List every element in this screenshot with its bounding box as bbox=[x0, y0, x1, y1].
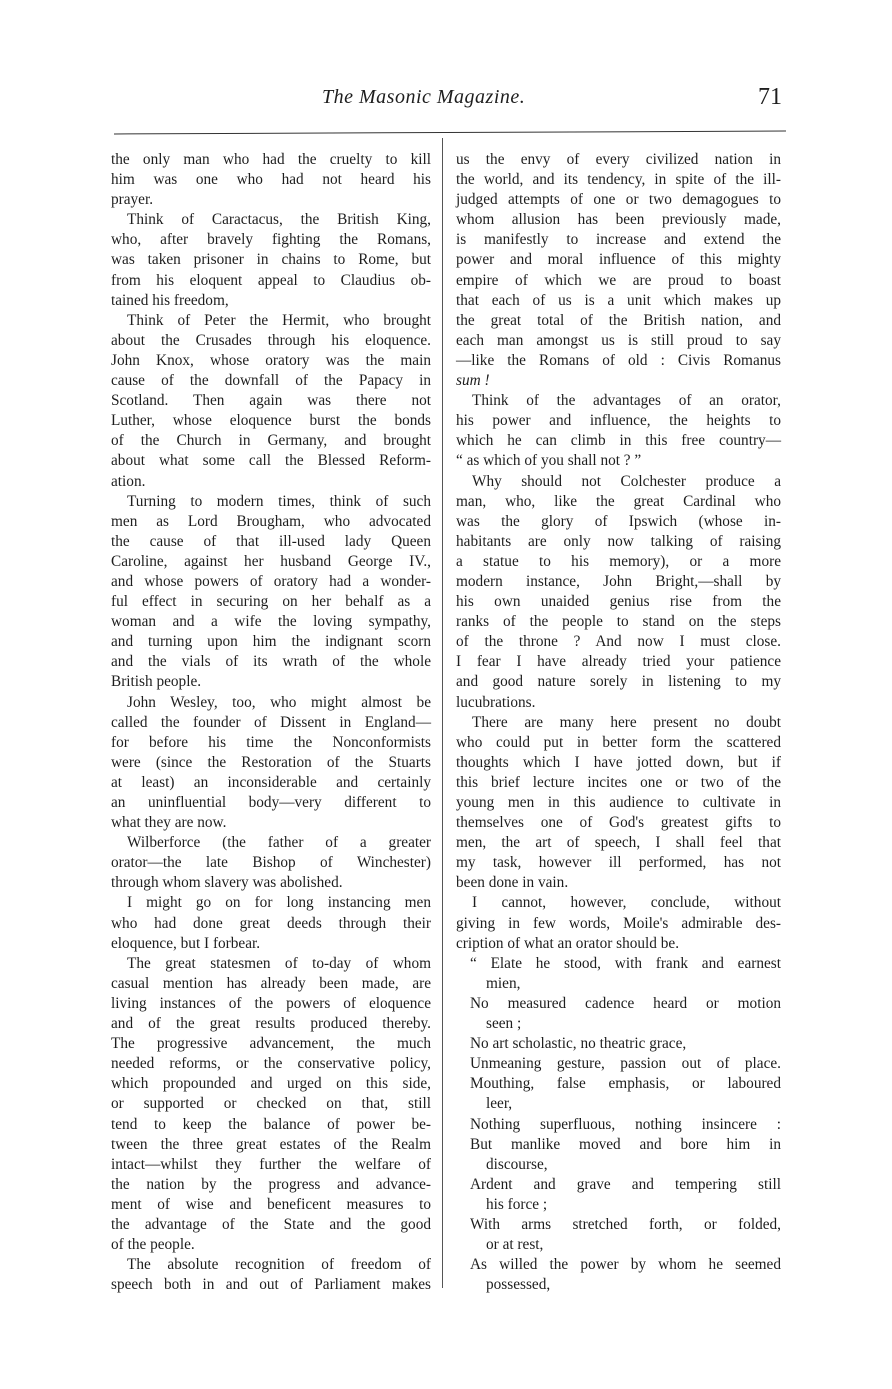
text-line: cause of the downfall of the Papacy in bbox=[111, 371, 431, 391]
text-line: —like the Romans of old : Civis Romanus bbox=[456, 351, 781, 371]
text-line: this brief lecture incites one or two of… bbox=[456, 773, 781, 793]
text-line: living instances of the powers of eloque… bbox=[111, 994, 431, 1014]
text-line: his power and influence, the heights to bbox=[456, 411, 781, 431]
text-line: of the throne ? And now I must close. bbox=[456, 632, 781, 652]
poem-line: Nothing superfluous, nothing insincere : bbox=[456, 1115, 781, 1135]
page-header: The Masonic Magazine. 71 bbox=[0, 86, 892, 116]
text-line: him was one who had not heard his bbox=[111, 170, 431, 190]
poem-line: or at rest, bbox=[456, 1235, 781, 1255]
text-line: his own unaided genius rise from the bbox=[456, 592, 781, 612]
text-line: Why should not Colchester produce a bbox=[456, 472, 781, 492]
text-line: each man amongst us is still proud to sa… bbox=[456, 331, 781, 351]
text-line: the world, and its tendency, in spite of… bbox=[456, 170, 781, 190]
text-line: who had done great deeds through their bbox=[111, 914, 431, 934]
text-line: that each of us is a unit which makes up bbox=[456, 291, 781, 311]
running-title: The Masonic Magazine. bbox=[322, 86, 525, 109]
text-line: tend to keep the balance of power be- bbox=[111, 1115, 431, 1135]
text-line: the great total of the British nation, a… bbox=[456, 311, 781, 331]
text-line: Think of Peter the Hermit, who brought bbox=[111, 311, 431, 331]
text-line: I might go on for long instancing men bbox=[111, 893, 431, 913]
poem-line: But manlike moved and bore him in bbox=[456, 1135, 781, 1155]
text-line: which he can climb in this free country— bbox=[456, 431, 781, 451]
text-line: who could put in better form the scatter… bbox=[456, 733, 781, 753]
text-line: whom allusion has been previously made, bbox=[456, 210, 781, 230]
poem-line: As willed the power by whom he seemed bbox=[456, 1255, 781, 1275]
text-line: who, after bravely fighting the Romans, bbox=[111, 230, 431, 250]
text-line: ment of wise and beneficent measures to bbox=[111, 1195, 431, 1215]
text-line: eloquence, but I forbear. bbox=[111, 934, 431, 954]
text-line: The great statesmen of to-day of whom bbox=[111, 954, 431, 974]
text-line: at least) an inconsiderable and certainl… bbox=[111, 773, 431, 793]
text-line: the nation by the progress and advance- bbox=[111, 1175, 431, 1195]
text-line: intact—whilst they further the welfare o… bbox=[111, 1155, 431, 1175]
text-line: Wilberforce (the father of a greater bbox=[111, 833, 431, 853]
text-line: about the Crusades through his eloquence… bbox=[111, 331, 431, 351]
text-line: and the vials of its wrath of the whole bbox=[111, 652, 431, 672]
right-column: us the envy of every civilized nation in… bbox=[456, 150, 781, 1295]
text-line: and of the great results produced thereb… bbox=[111, 1014, 431, 1034]
text-line: Caroline, against her husband George IV.… bbox=[111, 552, 431, 572]
text-line: prayer. bbox=[111, 190, 431, 210]
text-line: us the envy of every civilized nation in bbox=[456, 150, 781, 170]
text-line: through whom slavery was abolished. bbox=[111, 873, 431, 893]
text-line: which propounded and urged on this side, bbox=[111, 1074, 431, 1094]
text-line: speech both in and out of Parliament mak… bbox=[111, 1275, 431, 1295]
text-line: the only man who had the cruelty to kill bbox=[111, 150, 431, 170]
left-column: the only man who had the cruelty to kill… bbox=[111, 150, 431, 1295]
text-line: There are many here present no doubt bbox=[456, 713, 781, 733]
text-line: man, who, like the great Cardinal who bbox=[456, 492, 781, 512]
poem-line: leer, bbox=[456, 1094, 781, 1114]
poem-line: Unmeaning gesture, passion out of place. bbox=[456, 1054, 781, 1074]
poem-line: discourse, bbox=[456, 1155, 781, 1175]
poem-line: mien, bbox=[456, 974, 781, 994]
poem-line: Ardent and grave and tempering still bbox=[456, 1175, 781, 1195]
text-line: from his eloquent appeal to Claudius ob- bbox=[111, 271, 431, 291]
text-line: judged attempts of one or two demagogues… bbox=[456, 190, 781, 210]
text-line: cription of what an orator should be. bbox=[456, 934, 781, 954]
text-line: a statue to his memory), or a more bbox=[456, 552, 781, 572]
text-line: men as Lord Brougham, who advocated bbox=[111, 512, 431, 532]
text-line: what they are now. bbox=[111, 813, 431, 833]
text-line: Scotland. Then again was there not bbox=[111, 391, 431, 411]
text-line: John Wesley, too, who might almost be bbox=[111, 693, 431, 713]
text-line: an uninfluential body—very different to bbox=[111, 793, 431, 813]
text-line: for before his time the Nonconformists bbox=[111, 733, 431, 753]
text-line: John Knox, whose oratory was the main bbox=[111, 351, 431, 371]
text-line: Think of Caractacus, the British King, bbox=[111, 210, 431, 230]
poem-line: No art scholastic, no theatric grace, bbox=[456, 1034, 781, 1054]
poem-line: With arms stretched forth, or folded, bbox=[456, 1215, 781, 1235]
text-line: power and moral influence of this mighty bbox=[456, 250, 781, 270]
text-line: and good nature sorely in listening to m… bbox=[456, 672, 781, 692]
text-line: called the founder of Dissent in England… bbox=[111, 713, 431, 733]
text-line: tained his freedom, bbox=[111, 291, 431, 311]
text-line: and turning upon him the indignant scorn bbox=[111, 632, 431, 652]
text-line: woman and a wife the loving sympathy, bbox=[111, 612, 431, 632]
poem-line: possessed, bbox=[456, 1275, 781, 1295]
text-line: of the people. bbox=[111, 1235, 431, 1255]
page-number: 71 bbox=[758, 84, 782, 111]
text-line: ful effect in securing on her behalf as … bbox=[111, 592, 431, 612]
text-line: is manifestly to increase and extend the bbox=[456, 230, 781, 250]
text-line: Think of the advantages of an orator, bbox=[456, 391, 781, 411]
text-line: been done in vain. bbox=[456, 873, 781, 893]
text-line: The absolute recognition of freedom of bbox=[111, 1255, 431, 1275]
text-line: about what some call the Blessed Reform- bbox=[111, 451, 431, 471]
text-line: the advantage of the State and the good bbox=[111, 1215, 431, 1235]
text-line: needed reforms, or the conservative poli… bbox=[111, 1054, 431, 1074]
text-line: were (since the Restoration of the Stuar… bbox=[111, 753, 431, 773]
poem-line: his force ; bbox=[456, 1195, 781, 1215]
text-line: was the glory of Ipswich (whose in- bbox=[456, 512, 781, 532]
text-line: modern instance, John Bright,—shall by bbox=[456, 572, 781, 592]
text-line: of the Church in Germany, and brought bbox=[111, 431, 431, 451]
text-line: Luther, whose eloquence burst the bonds bbox=[111, 411, 431, 431]
text-line: themselves one of God's greatest gifts t… bbox=[456, 813, 781, 833]
text-line: I cannot, however, conclude, without bbox=[456, 893, 781, 913]
header-rule bbox=[114, 131, 786, 135]
poem-line: No measured cadence heard or motion bbox=[456, 994, 781, 1014]
text-line: empire of which we are proud to boast bbox=[456, 271, 781, 291]
text-line: my task, however ill performed, has not bbox=[456, 853, 781, 873]
text-line: men, the art of speech, I shall feel tha… bbox=[456, 833, 781, 853]
text-line: tween the three great estates of the Rea… bbox=[111, 1135, 431, 1155]
text-line: or supported or checked on that, still bbox=[111, 1094, 431, 1114]
text-line: young men in this audience to cultivate … bbox=[456, 793, 781, 813]
text-line: habitants are only now talking of raisin… bbox=[456, 532, 781, 552]
text-line: was taken prisoner in chains to Rome, bu… bbox=[111, 250, 431, 270]
column-divider bbox=[442, 138, 443, 1288]
text-line: and whose powers of oratory had a wonder… bbox=[111, 572, 431, 592]
text-line: lucubrations. bbox=[456, 693, 781, 713]
text-line: The progressive advancement, the much bbox=[111, 1034, 431, 1054]
poem-line: Mouthing, false emphasis, or laboured bbox=[456, 1074, 781, 1094]
text-line: “ as which of you shall not ? ” bbox=[456, 451, 781, 471]
poem-line: seen ; bbox=[456, 1014, 781, 1034]
text-line: I fear I have already tried your patienc… bbox=[456, 652, 781, 672]
text-line: ation. bbox=[111, 472, 431, 492]
text-line: sum ! bbox=[456, 371, 781, 391]
text-line: casual mention has already been made, ar… bbox=[111, 974, 431, 994]
poem-line: “ Elate he stood, with frank and earnest bbox=[456, 954, 781, 974]
text-line: ranks of the people to stand on the step… bbox=[456, 612, 781, 632]
text-line: giving in few words, Moile's admirable d… bbox=[456, 914, 781, 934]
text-line: Turning to modern times, think of such bbox=[111, 492, 431, 512]
text-line: British people. bbox=[111, 672, 431, 692]
text-line: orator—the late Bishop of Winchester) bbox=[111, 853, 431, 873]
text-line: thoughts which I have jotted down, but i… bbox=[456, 753, 781, 773]
text-line: the cause of that ill-used lady Queen bbox=[111, 532, 431, 552]
